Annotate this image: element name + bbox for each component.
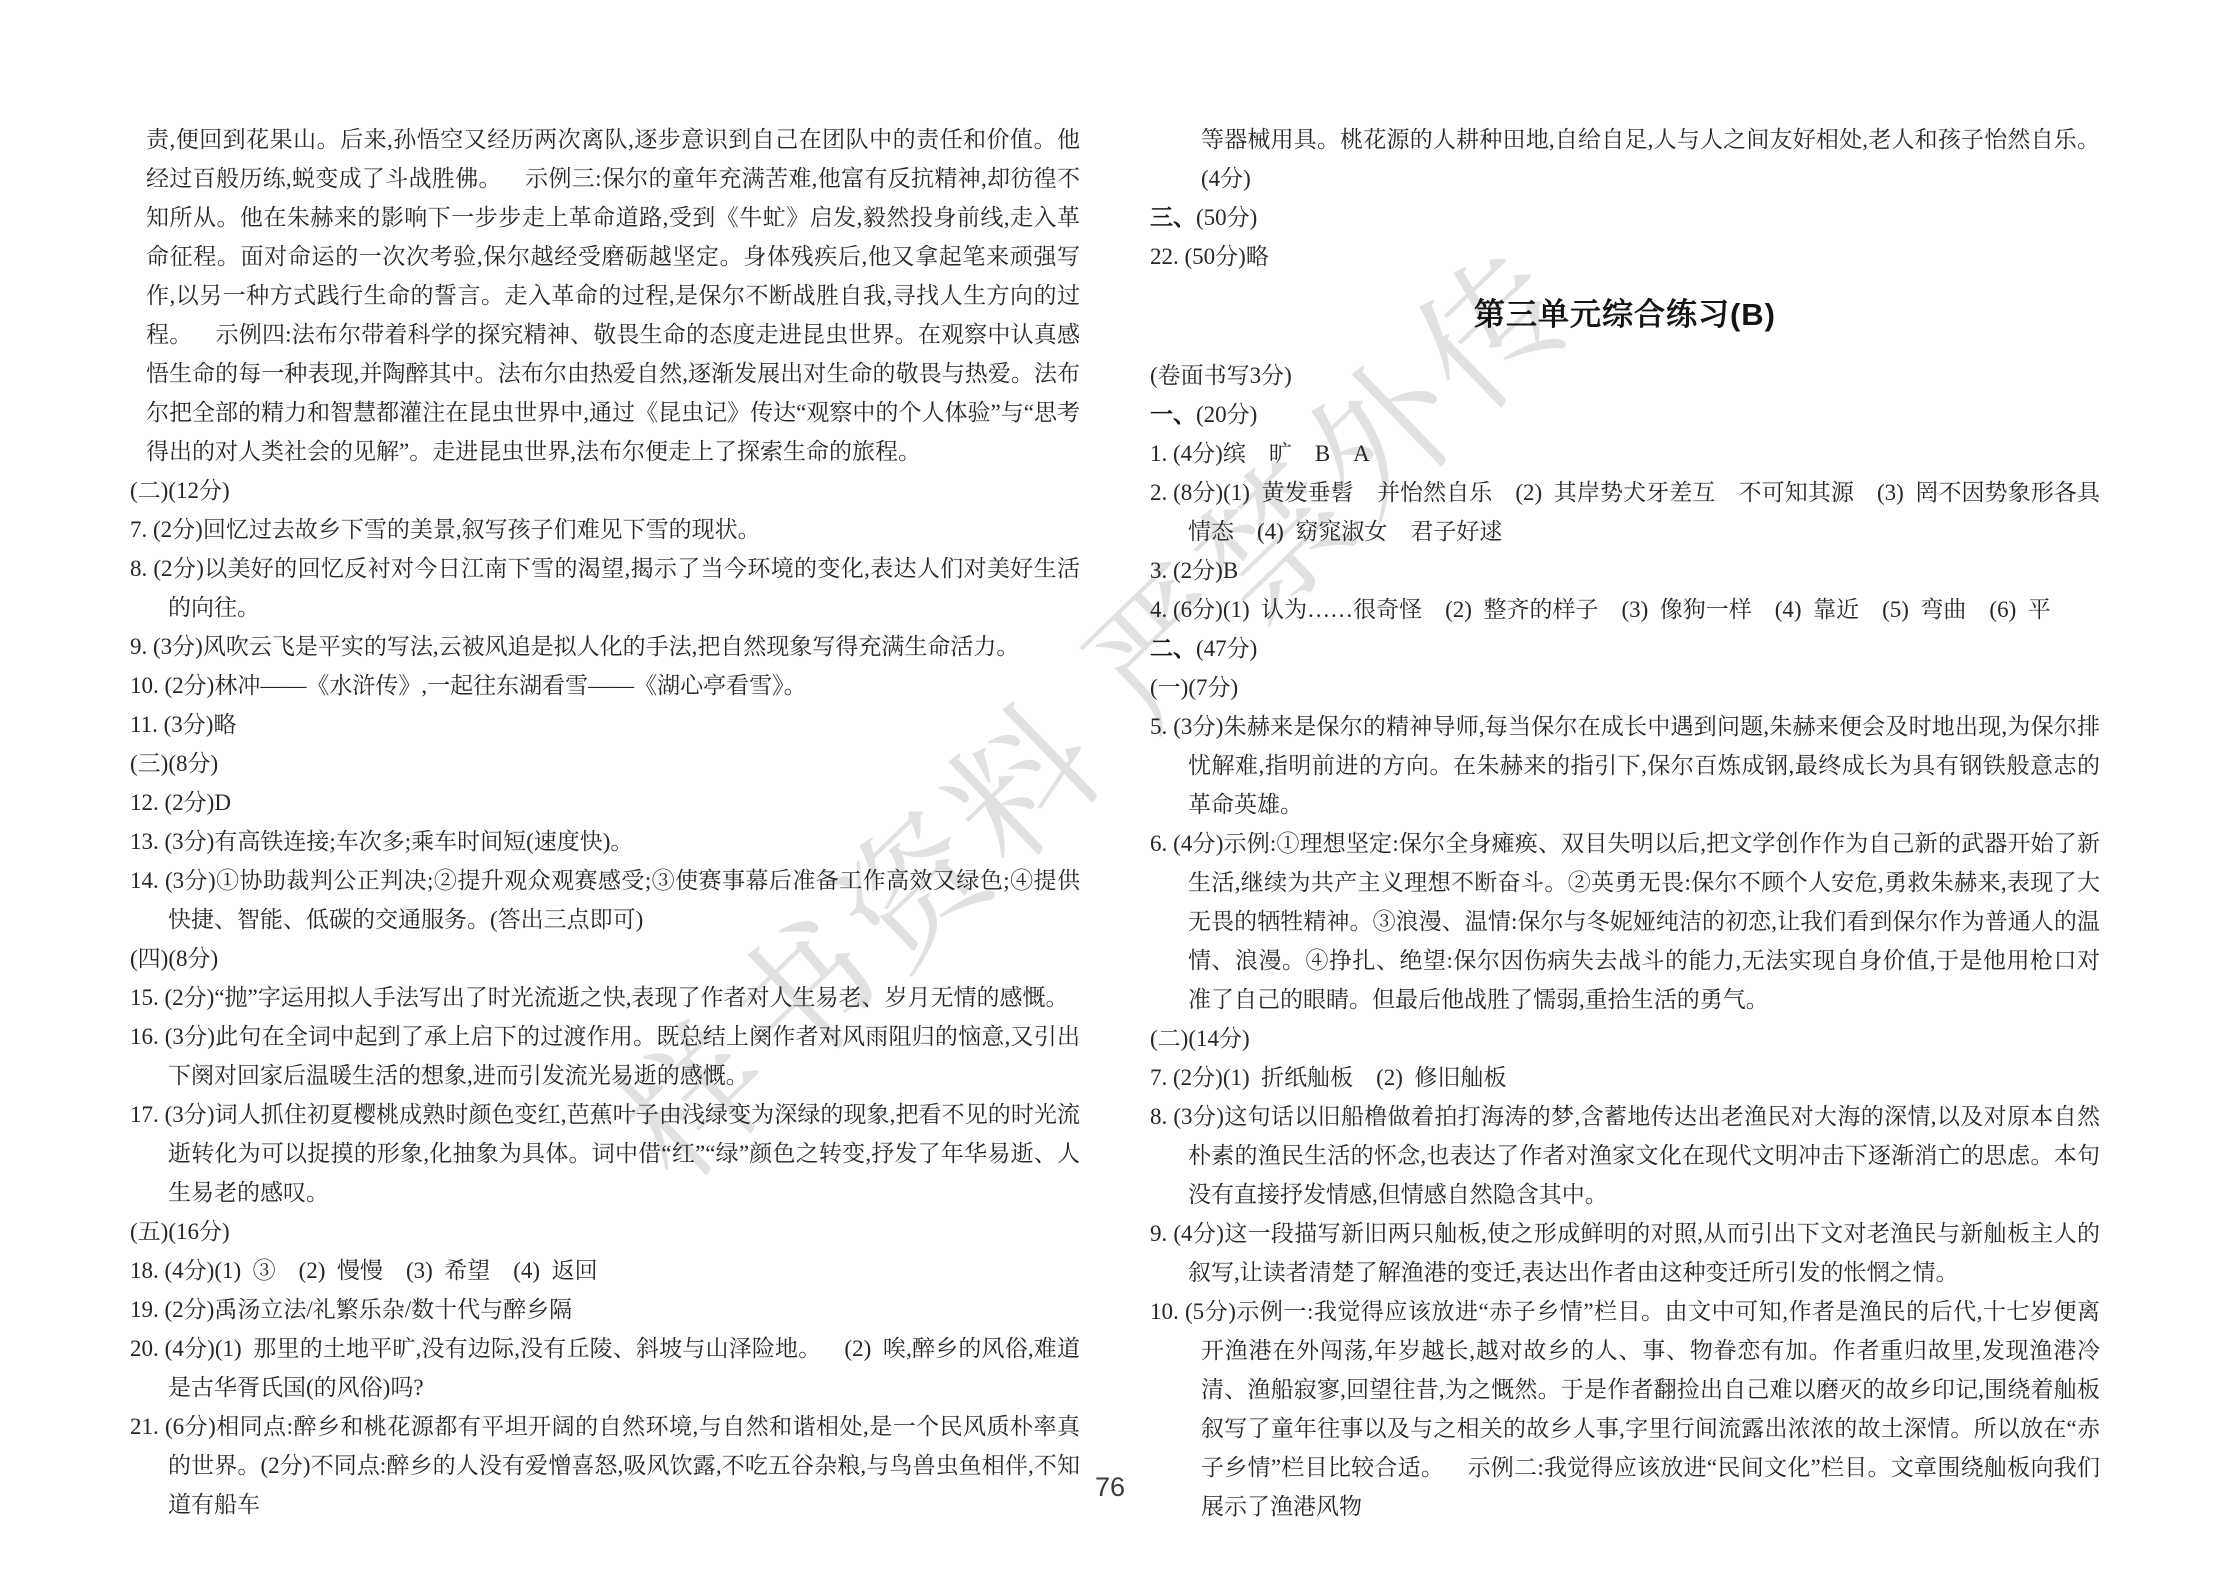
answer-item: 20. (4分)(1) 那里的土地平旷,没有边际,没有丘陵、斜坡与山泽险地。 (… <box>130 1329 1080 1407</box>
handwriting-score-note: (卷面书写3分) <box>1150 356 2100 395</box>
section-score-header: (二)(14分) <box>1150 1019 2100 1058</box>
part-score-header: 二、(47分) <box>1150 629 2100 668</box>
part-number-label: 二、 <box>1150 635 1196 661</box>
section-score-header: (五)(16分) <box>130 1212 1080 1251</box>
left-column: 责,便回到花果山。后来,孙悟空又经历两次离队,逐步意识到自己在团队中的责任和价值… <box>130 120 1080 1524</box>
answer-item: 19. (2分)禹汤立法/礼繁乐杂/数十代与醉乡隔 <box>130 1290 1080 1329</box>
answer-item: 3. (2分)B <box>1150 551 2100 590</box>
answer-item: 15. (2分)“抛”字运用拟人手法写出了时光流逝之快,表现了作者对人生易老、岁… <box>130 978 1080 1017</box>
part-score-header: 三、(50分) <box>1150 198 2100 237</box>
document-page: 样书资料 严禁外传 责,便回到花果山。后来,孙悟空又经历两次离队,逐步意识到自己… <box>0 0 2220 1571</box>
section-score-header: (四)(8分) <box>130 939 1080 978</box>
answer-item: 14. (3分)①协助裁判公正判决;②提升观众观赛感受;③使赛事幕后准备工作高效… <box>130 861 1080 939</box>
page-number: 76 <box>0 1472 2220 1503</box>
answer-item: 22. (50分)略 <box>1150 237 2100 276</box>
answer-item: 21. (6分)相同点:醉乡和桃花源都有平坦开阔的自然环境,与自然和谐相处,是一… <box>130 1407 1080 1524</box>
continuation-paragraph: 责,便回到花果山。后来,孙悟空又经历两次离队,逐步意识到自己在团队中的责任和价值… <box>130 120 1080 471</box>
answer-item: 8. (2分)以美好的回忆反衬对今日江南下雪的渴望,揭示了当今环境的变化,表达人… <box>130 549 1080 627</box>
answer-item: 7. (2分)(1) 折纸舢板 (2) 修旧舢板 <box>1150 1058 2100 1097</box>
answer-item: 8. (3分)这句话以旧船橹做着拍打海涛的梦,含蓄地传达出老渔民对大海的深情,以… <box>1150 1097 2100 1214</box>
part-number-label: 一、 <box>1150 401 1196 427</box>
answer-item: 7. (2分)回忆过去故乡下雪的美景,叙写孩子们难见下雪的现状。 <box>130 510 1080 549</box>
answer-item: 4. (6分)(1) 认为……很奇怪 (2) 整齐的样子 (3) 像狗一样 (4… <box>1150 590 2100 629</box>
answer-item: 2. (8分)(1) 黄发垂髫 并怡然自乐 (2) 其岸势犬牙差互 不可知其源 … <box>1150 473 2100 551</box>
part-score: (20分) <box>1196 402 1257 427</box>
part-number-label: 三、 <box>1150 204 1196 230</box>
answer-item: 16. (3分)此句在全词中起到了承上启下的过渡作用。既总结上阕作者对风雨阻归的… <box>130 1017 1080 1095</box>
answer-item: 10. (2分)林冲——《水浒传》,一起往东湖看雪——《湖心亭看雪》。 <box>130 666 1080 705</box>
right-column: 等器械用具。桃花源的人耕种田地,自给自足,人与人之间友好相处,老人和孩子怡然自乐… <box>1150 120 2100 1526</box>
answer-item: 9. (4分)这一段描写新旧两只舢板,使之形成鲜明的对照,从而引出下文对老渔民与… <box>1150 1214 2100 1292</box>
answer-item: 11. (3分)略 <box>130 705 1080 744</box>
answer-item: 12. (2分)D <box>130 783 1080 822</box>
continuation-paragraph: 等器械用具。桃花源的人耕种田地,自给自足,人与人之间友好相处,老人和孩子怡然自乐… <box>1150 120 2100 198</box>
section-score-header: (一)(7分) <box>1150 668 2100 707</box>
answer-item: 18. (4分)(1) ③ (2) 慢慢 (3) 希望 (4) 返回 <box>130 1251 1080 1290</box>
answer-item: 6. (4分)示例:①理想坚定:保尔全身瘫痪、双目失明以后,把文学创作作为自己新… <box>1150 824 2100 1019</box>
part-score-header: 一、(20分) <box>1150 395 2100 434</box>
unit-title: 第三单元综合练习(B) <box>1150 291 2100 339</box>
answer-item: 1. (4分)缤 旷 B A <box>1150 434 2100 473</box>
answer-item: 5. (3分)朱赫来是保尔的精神导师,每当保尔在成长中遇到问题,朱赫来便会及时地… <box>1150 707 2100 824</box>
answer-item: 9. (3分)风吹云飞是平实的写法,云被风追是拟人化的手法,把自然现象写得充满生… <box>130 627 1080 666</box>
section-score-header: (三)(8分) <box>130 744 1080 783</box>
part-score: (47分) <box>1196 636 1257 661</box>
part-score: (50分) <box>1196 205 1257 230</box>
answer-item: 13. (3分)有高铁连接;车次多;乘车时间短(速度快)。 <box>130 822 1080 861</box>
section-score-header: (二)(12分) <box>130 471 1080 510</box>
answer-item: 17. (3分)词人抓住初夏樱桃成熟时颜色变红,芭蕉叶子由浅绿变为深绿的现象,把… <box>130 1095 1080 1212</box>
